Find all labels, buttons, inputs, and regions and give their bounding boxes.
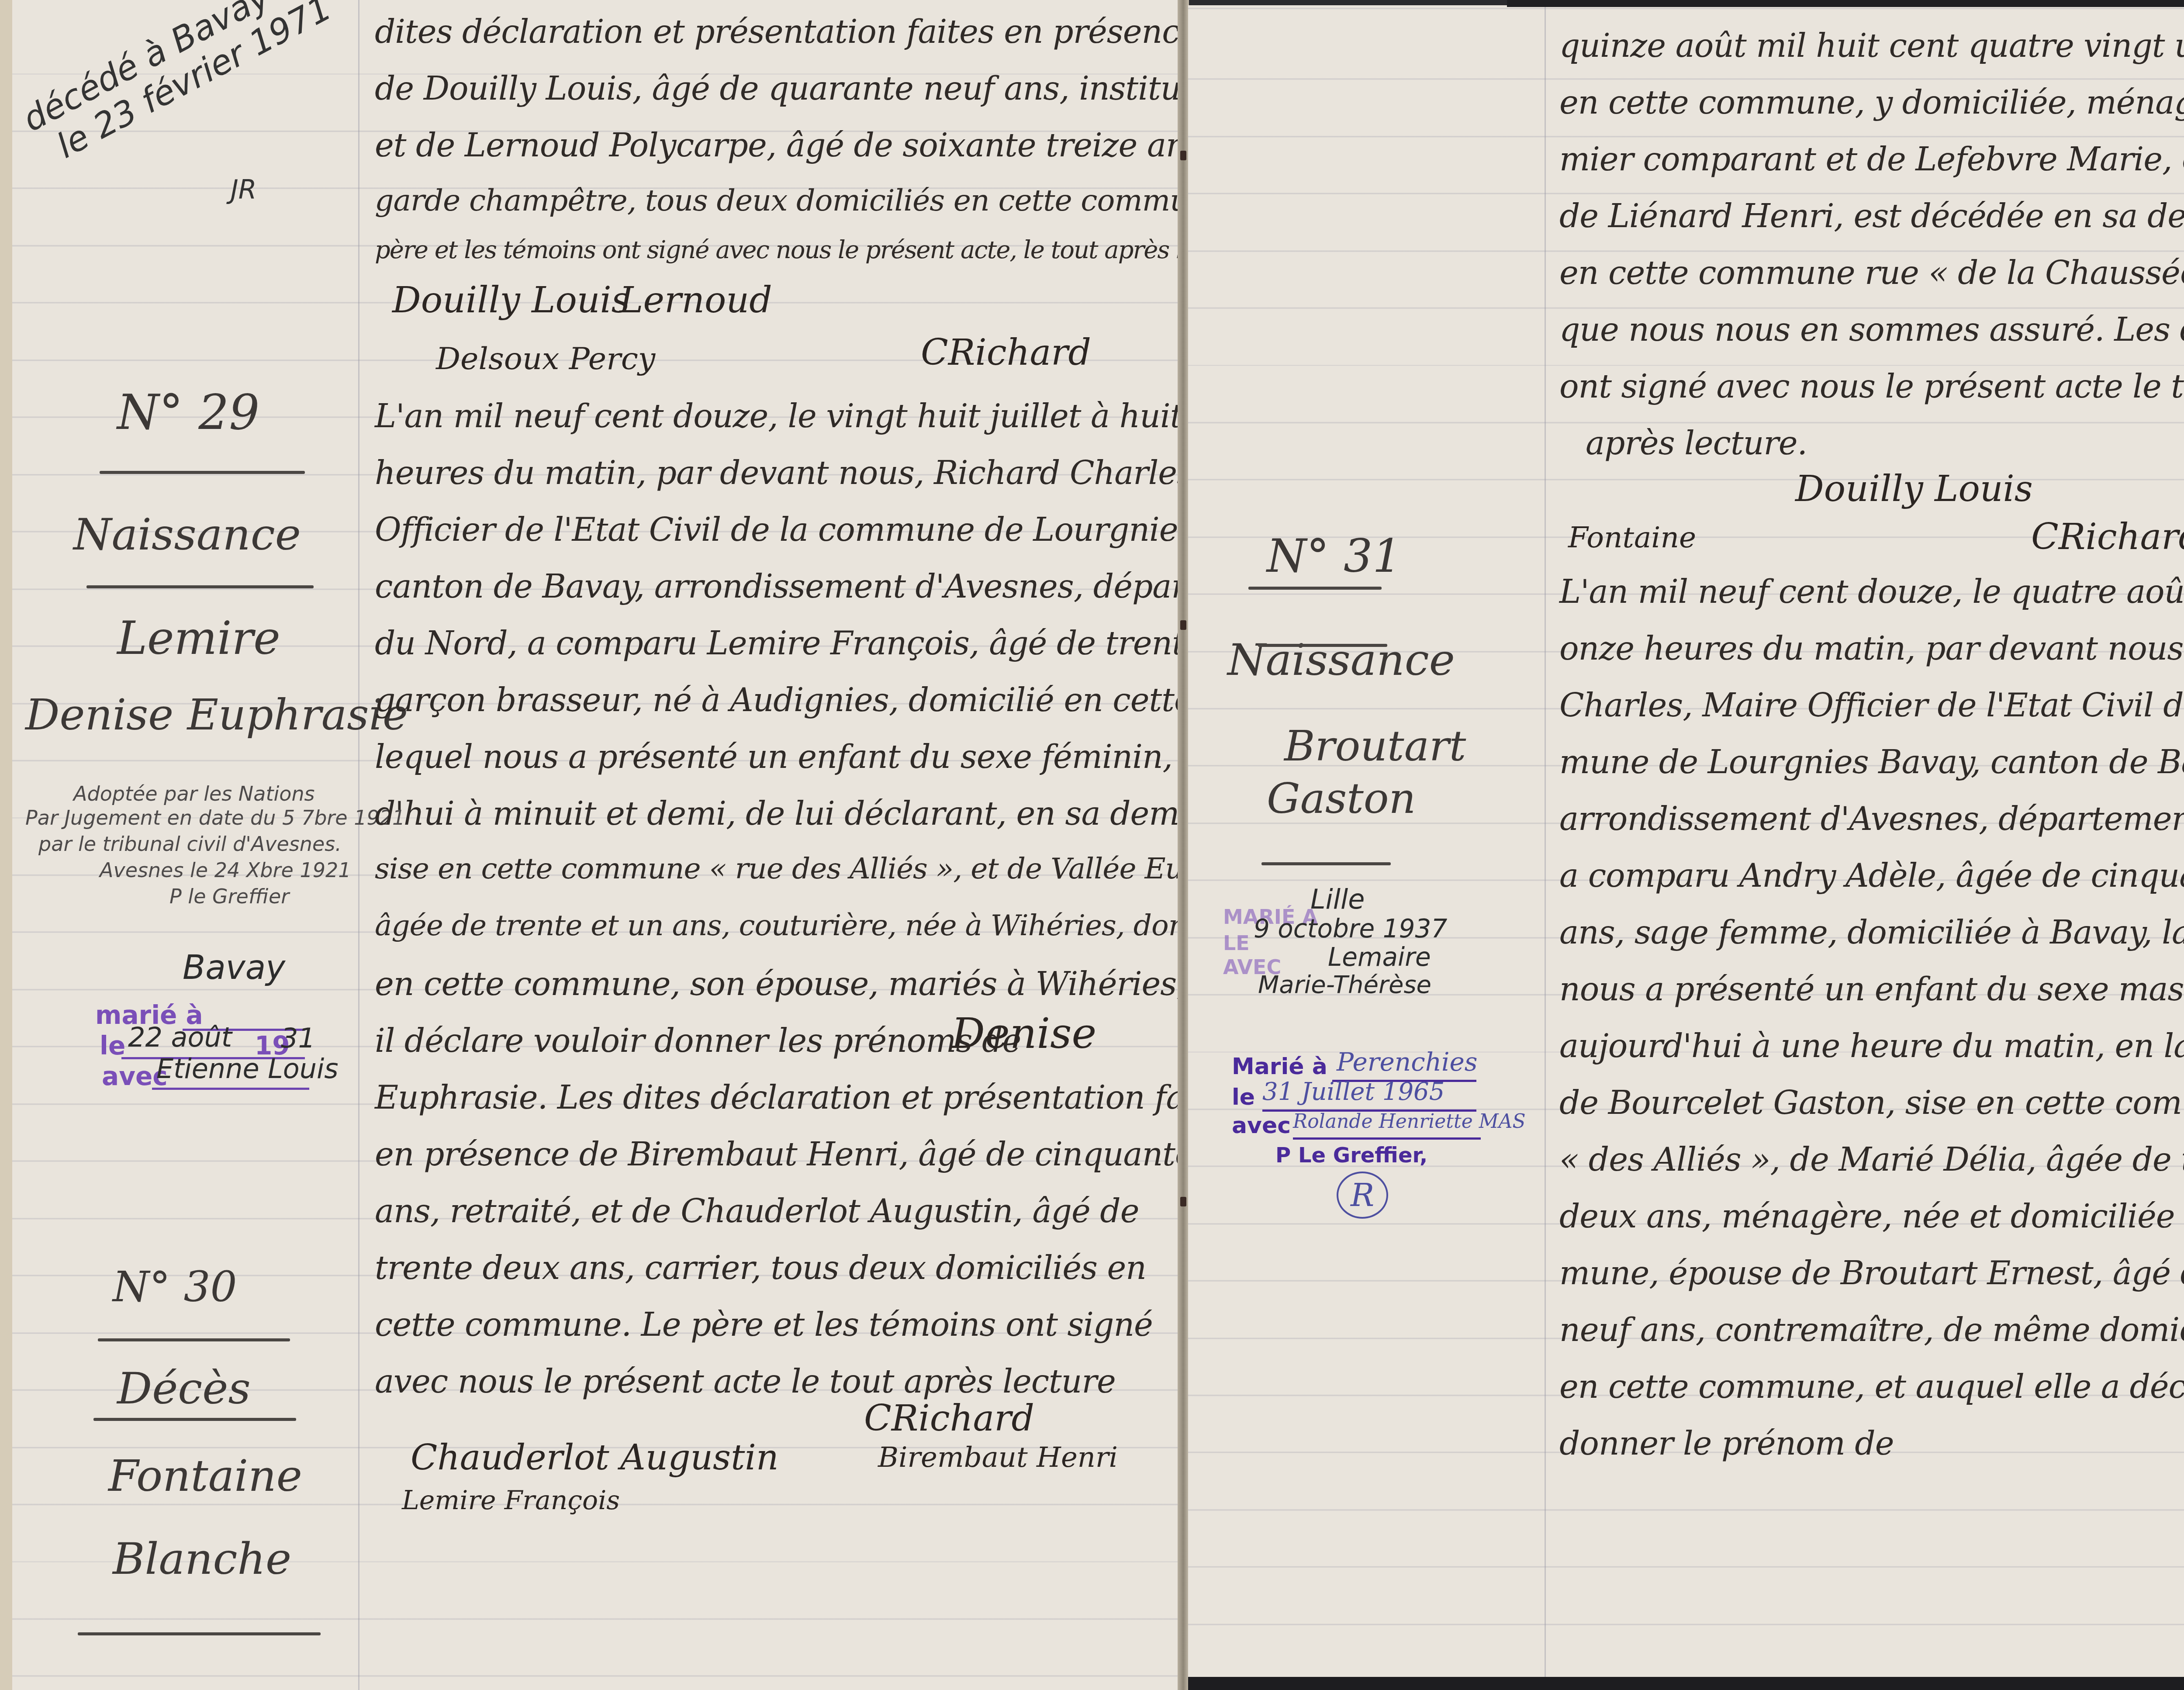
faded-label-date: LE	[1223, 931, 1250, 955]
signature-douilly: Douilly Louis	[392, 280, 630, 321]
faded-date: 9 octobre 1937	[1254, 914, 1447, 943]
text-line: du Nord, a comparu Lemire François, âgé …	[375, 625, 1279, 662]
faded-spouse-line1: Lemaire	[1328, 942, 1431, 972]
text-line: deux ans, ménagère, née et domiciliée en…	[1559, 1198, 2184, 1235]
text-line: heures du matin, par devant nous, Richar…	[375, 454, 1298, 492]
text-line: dites déclaration et présentation faites…	[375, 13, 1198, 51]
marriage-29-label-date: le	[100, 1031, 125, 1061]
text-line: après lecture.	[1586, 425, 1807, 462]
text-line: âgée de trente et un ans, couturière, né…	[375, 909, 1279, 942]
text-line: père et les témoins ont signé avec nous …	[375, 236, 1258, 264]
text-line: L'an mil neuf cent douze, le quatre août…	[1559, 573, 2184, 611]
text-line: onze heures du matin, par devant nous, R…	[1559, 630, 2184, 667]
margin-rule	[1545, 5, 1546, 1678]
text-line: Officier de l'Etat Civil de la commune d…	[375, 511, 1306, 549]
entry-31-given-names: Gaston	[1267, 774, 1416, 823]
text-line: Euphrasie. Les dites déclaration et prés…	[375, 1079, 1242, 1116]
entry-29-type: Naissance	[73, 509, 301, 560]
text-line: ans, retraité, et de Chauderlot Augustin…	[375, 1192, 1139, 1230]
adoption-note-line3: par le tribunal civil d'Avesnes.	[38, 832, 342, 856]
text-line: de Douilly Louis, âgé de quarante neuf a…	[375, 70, 1254, 107]
divider	[93, 1418, 296, 1421]
entry-30-surname: Fontaine	[108, 1450, 302, 1501]
entry-31-type: Naissance	[1227, 634, 1455, 685]
divider-placeholder	[1222, 583, 1356, 586]
faded-spouse-line2: Marie-Thérèse	[1258, 971, 1431, 999]
marriage-31-label-place: Marié à	[1232, 1054, 1327, 1080]
faded-place: Lille	[1310, 883, 1365, 915]
signature-lemire: Lemire François	[402, 1485, 620, 1516]
adoption-note-line4: Avesnes le 24 Xbre 1921	[100, 858, 351, 882]
divider	[1261, 862, 1391, 865]
marriage-29-spouse: Etienne Louis	[156, 1053, 339, 1085]
text-line: en cette commune, y domiciliée, ménagère…	[1559, 84, 2184, 121]
margin-rule	[358, 0, 359, 1690]
entry-29-given-names: Denise Euphrasie	[25, 690, 408, 740]
entry-29-number: N° 29	[117, 384, 259, 440]
text-line: cette commune. Le père et les témoins on…	[375, 1306, 1153, 1344]
text-line: en cette commune, et auquel elle a décla…	[1559, 1368, 2184, 1406]
text-line: donner le prénom de	[1559, 1425, 1894, 1462]
child-name-denise: Denise	[951, 1009, 1096, 1058]
signature-douilly: Douilly Louis	[1795, 468, 2033, 510]
text-line: garde champêtre, tous deux domiciliés en…	[375, 183, 1279, 218]
greffier-paraph: R	[1337, 1172, 1388, 1219]
text-line: « des Alliés », de Marié Délia, âgée de …	[1559, 1141, 2184, 1179]
text-line: nous a présenté un enfant du sexe mascul…	[1559, 971, 2184, 1008]
signature-officer: CRichard	[921, 332, 1091, 373]
text-line: il déclare vouloir donner les prénoms de	[375, 1022, 1021, 1060]
entry-31-surname: Broutart	[1284, 722, 1466, 771]
text-line: canton de Bavay, arrondissement d'Avesne…	[375, 568, 1299, 605]
text-line: de Bourcelet Gaston, sise en cette commu…	[1559, 1084, 2184, 1122]
binding-stitch	[1180, 620, 1186, 630]
text-line: mier comparant et de Lefebvre Marie, épo…	[1559, 141, 2184, 178]
stamp-line	[152, 1088, 309, 1090]
divider	[100, 471, 305, 474]
open-register-spread: décédé à Bavay le 23 février 1971 JR N° …	[0, 0, 2184, 1690]
text-line: d'hui à minuit et demi, de lui déclarant…	[375, 795, 1252, 833]
divider	[78, 1632, 321, 1635]
marriage-29-year-suffix: 31	[281, 1022, 315, 1054]
marriage-31-date: 31 Juillet 1965	[1262, 1078, 1444, 1106]
text-line: en présence de Birembaut Henri, âgé de c…	[375, 1136, 1281, 1173]
text-line: de Liénard Henri, est décédée en sa deme…	[1559, 197, 2184, 235]
death-annotation-initials: JR	[231, 175, 256, 205]
binding-stitch	[1180, 151, 1186, 160]
book-top-edge	[1507, 0, 2184, 7]
text-line: ans, sage femme, domiciliée à Bavay, laq…	[1559, 914, 2184, 951]
marriage-31-label-date: le	[1232, 1084, 1255, 1110]
text-line: sise en cette commune « rue des Alliés »…	[375, 852, 1289, 885]
marriage-31-place: Perenchies	[1337, 1047, 1478, 1077]
text-line: et de Lernoud Polycarpe, âgé de soixante…	[375, 127, 1212, 164]
signature-delsoux: Delsoux Percy	[436, 341, 655, 377]
text-line: en cette commune rue « de la Chaussée » …	[1559, 254, 2184, 292]
marriage-31-clerk: P Le Greffier,	[1275, 1143, 1427, 1168]
marriage-31-label-with: avec	[1232, 1113, 1291, 1139]
entry-29-surname: Lemire	[117, 612, 280, 665]
death-annotation: décédé à Bavay le 23 février 1971	[17, 0, 338, 174]
entry-31-number: N° 31	[1267, 529, 1401, 583]
adoption-note-line1: Adoptée par les Nations	[73, 782, 315, 805]
book-bottom-edge	[1188, 1677, 2184, 1690]
text-line: ont signé avec nous le présent acte le t…	[1559, 368, 2184, 405]
text-line: arrondissement d'Avesnes, département du…	[1559, 800, 2184, 838]
text-line: L'an mil neuf cent douze, le vingt huit …	[375, 397, 1182, 435]
signature-birembaut: Birembaut Henri	[878, 1441, 1118, 1474]
text-line: aujourd'hui à une heure du matin, en la …	[1559, 1027, 2184, 1065]
adoption-note-line2: Par Jugement en date du 5 7bre 1921	[25, 806, 405, 829]
text-line: quinze août mil huit cent quatre vingt u…	[1559, 27, 2184, 65]
text-line: avec nous le présent acte le tout après …	[375, 1363, 1116, 1400]
marriage-29-date: 22 août	[128, 1021, 232, 1053]
signature-officer: CRichard	[2031, 516, 2184, 558]
marriage-29-place: Bavay	[183, 948, 285, 987]
divider	[86, 585, 314, 588]
book-spine	[1178, 0, 1189, 1690]
text-line: neuf ans, contremaître, de même domicile…	[1559, 1311, 2184, 1349]
text-line: mune, épouse de Broutart Ernest, âgé de …	[1559, 1255, 2184, 1292]
entry-30-number: N° 30	[113, 1262, 237, 1311]
signature-officer: CRichard	[864, 1398, 1034, 1439]
left-page: décédé à Bavay le 23 février 1971 JR N° …	[0, 0, 1179, 1690]
binding-stitch	[1180, 1197, 1186, 1206]
signature-lernoud: Lernoud	[619, 280, 772, 321]
text-line: trente deux ans, carrier, tous deux domi…	[375, 1249, 1146, 1287]
stamp-line	[1293, 1137, 1481, 1140]
text-line: que nous nous en sommes assuré. Les décl…	[1559, 311, 2184, 349]
entry-30-given-names: Blanche	[113, 1533, 291, 1584]
text-line: a comparu Andry Adèle, âgée de cinquante…	[1559, 857, 2184, 895]
divider	[1248, 587, 1382, 590]
entry-30-type: Décès	[117, 1363, 251, 1414]
marriage-31-spouse: Rolande Henriette MAS	[1293, 1110, 1526, 1133]
text-line: mune de Lourgnies Bavay, canton de Bavay…	[1559, 743, 2184, 781]
adoption-note-line5: P le Greffier	[169, 885, 289, 908]
divider	[98, 1338, 290, 1341]
text-line: Charles, Maire Officier de l'Etat Civil …	[1559, 687, 2184, 724]
divider	[1258, 644, 1387, 647]
signature-fontaine: Fontaine	[1568, 521, 1696, 554]
signature-chauderlot: Chauderlot Augustin	[411, 1437, 778, 1478]
